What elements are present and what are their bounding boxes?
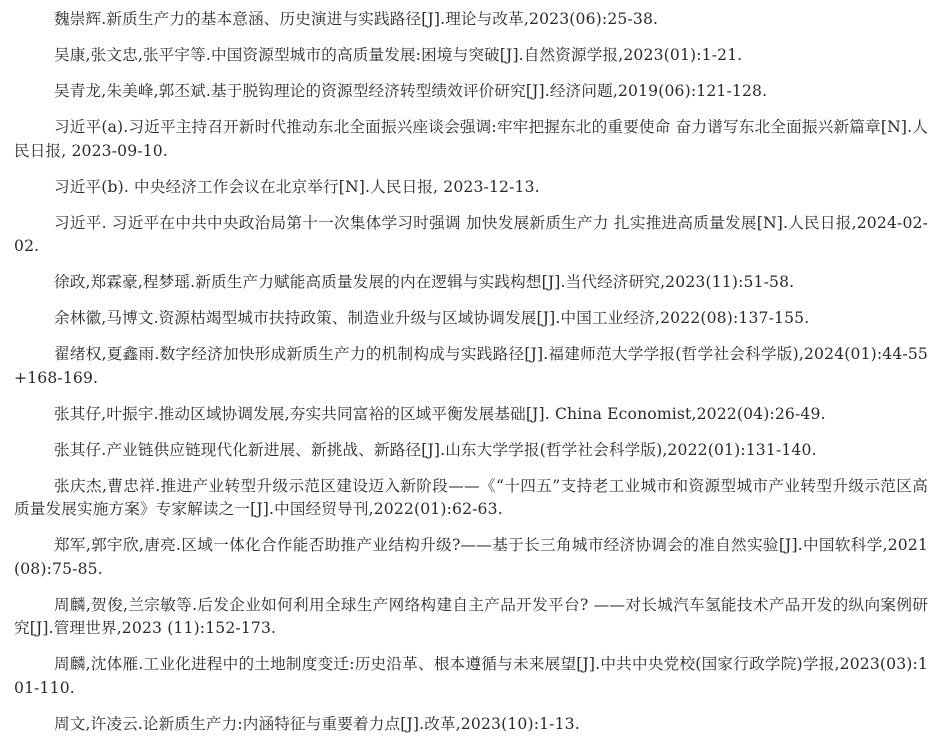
reference-item-zhangqizai-b: 张其仔.产业链供应链现代化新进展、新挑战、新路径[J].山东大学学报(哲学社会科… — [14, 439, 928, 463]
reference-item-zhoulin-a: 周麟,贺俊,兰宗敏等.后发企业如何利用全球生产网络构建自主产品开发平台? ——对… — [14, 594, 928, 641]
reference-item-xuzheng: 徐政,郑霖豪,程梦瑶.新质生产力赋能高质量发展的内在逻辑与实践构想[J].当代经… — [14, 271, 928, 295]
reference-item-yulinhui: 余林徽,马博文.资源枯竭型城市扶持政策、制造业升级与区域协调发展[J].中国工业… — [14, 307, 928, 331]
reference-item-xijinping-a: 习近平(a).习近平主持召开新时代推动东北全面振兴座谈会强调:牢牢把握东北的重要… — [14, 116, 928, 163]
reference-list: 魏崇辉.新质生产力的基本意涵、历史演进与实践路径[J].理论与改革,2023(0… — [14, 8, 928, 749]
reference-item-zhoulin-b: 周麟,沈体雁.工业化进程中的土地制度变迁:历史沿革、根本遵循与未来展望[J].中… — [14, 653, 928, 700]
reference-item-zhangqingjie: 张庆杰,曹忠祥.推进产业转型升级示范区建设迈入新阶段——《“十四五”支持老工业城… — [14, 475, 928, 522]
reference-item-zhaixuquan: 翟绪权,夏鑫雨.数字经济加快形成新质生产力的机制构成与实践路径[J].福建师范大… — [14, 343, 928, 390]
reference-item-zhouwen: 周文,许凌云.论新质生产力:内涵特征与重要着力点[J].改革,2023(10):… — [14, 713, 928, 737]
reference-item-weichonghui: 魏崇辉.新质生产力的基本意涵、历史演进与实践路径[J].理论与改革,2023(0… — [14, 8, 928, 32]
reference-item-xijinping-c: 习近平. 习近平在中共中央政治局第十一次集体学习时强调 加快发展新质生产力 扎实… — [14, 212, 928, 259]
reference-item-xijinping-b: 习近平(b). 中央经济工作会议在北京举行[N].人民日报, 2023-12-1… — [14, 176, 928, 200]
reference-item-zhengjun: 郑军,郭宇欣,唐亮.区域一体化合作能否助推产业结构升级?——基于长三角城市经济协… — [14, 534, 928, 581]
reference-item-wuqinglong: 吴青龙,朱美峰,郭丕斌.基于脱钩理论的资源型经济转型绩效评价研究[J].经济问题… — [14, 80, 928, 104]
reference-item-wukang: 吴康,张文忠,张平宇等.中国资源型城市的高质量发展:困境与突破[J].自然资源学… — [14, 44, 928, 68]
reference-item-zhangqizai-a: 张其仔,叶振宇.推动区域协调发展,夯实共同富裕的区域平衡发展基础[J]. Chi… — [14, 403, 928, 427]
